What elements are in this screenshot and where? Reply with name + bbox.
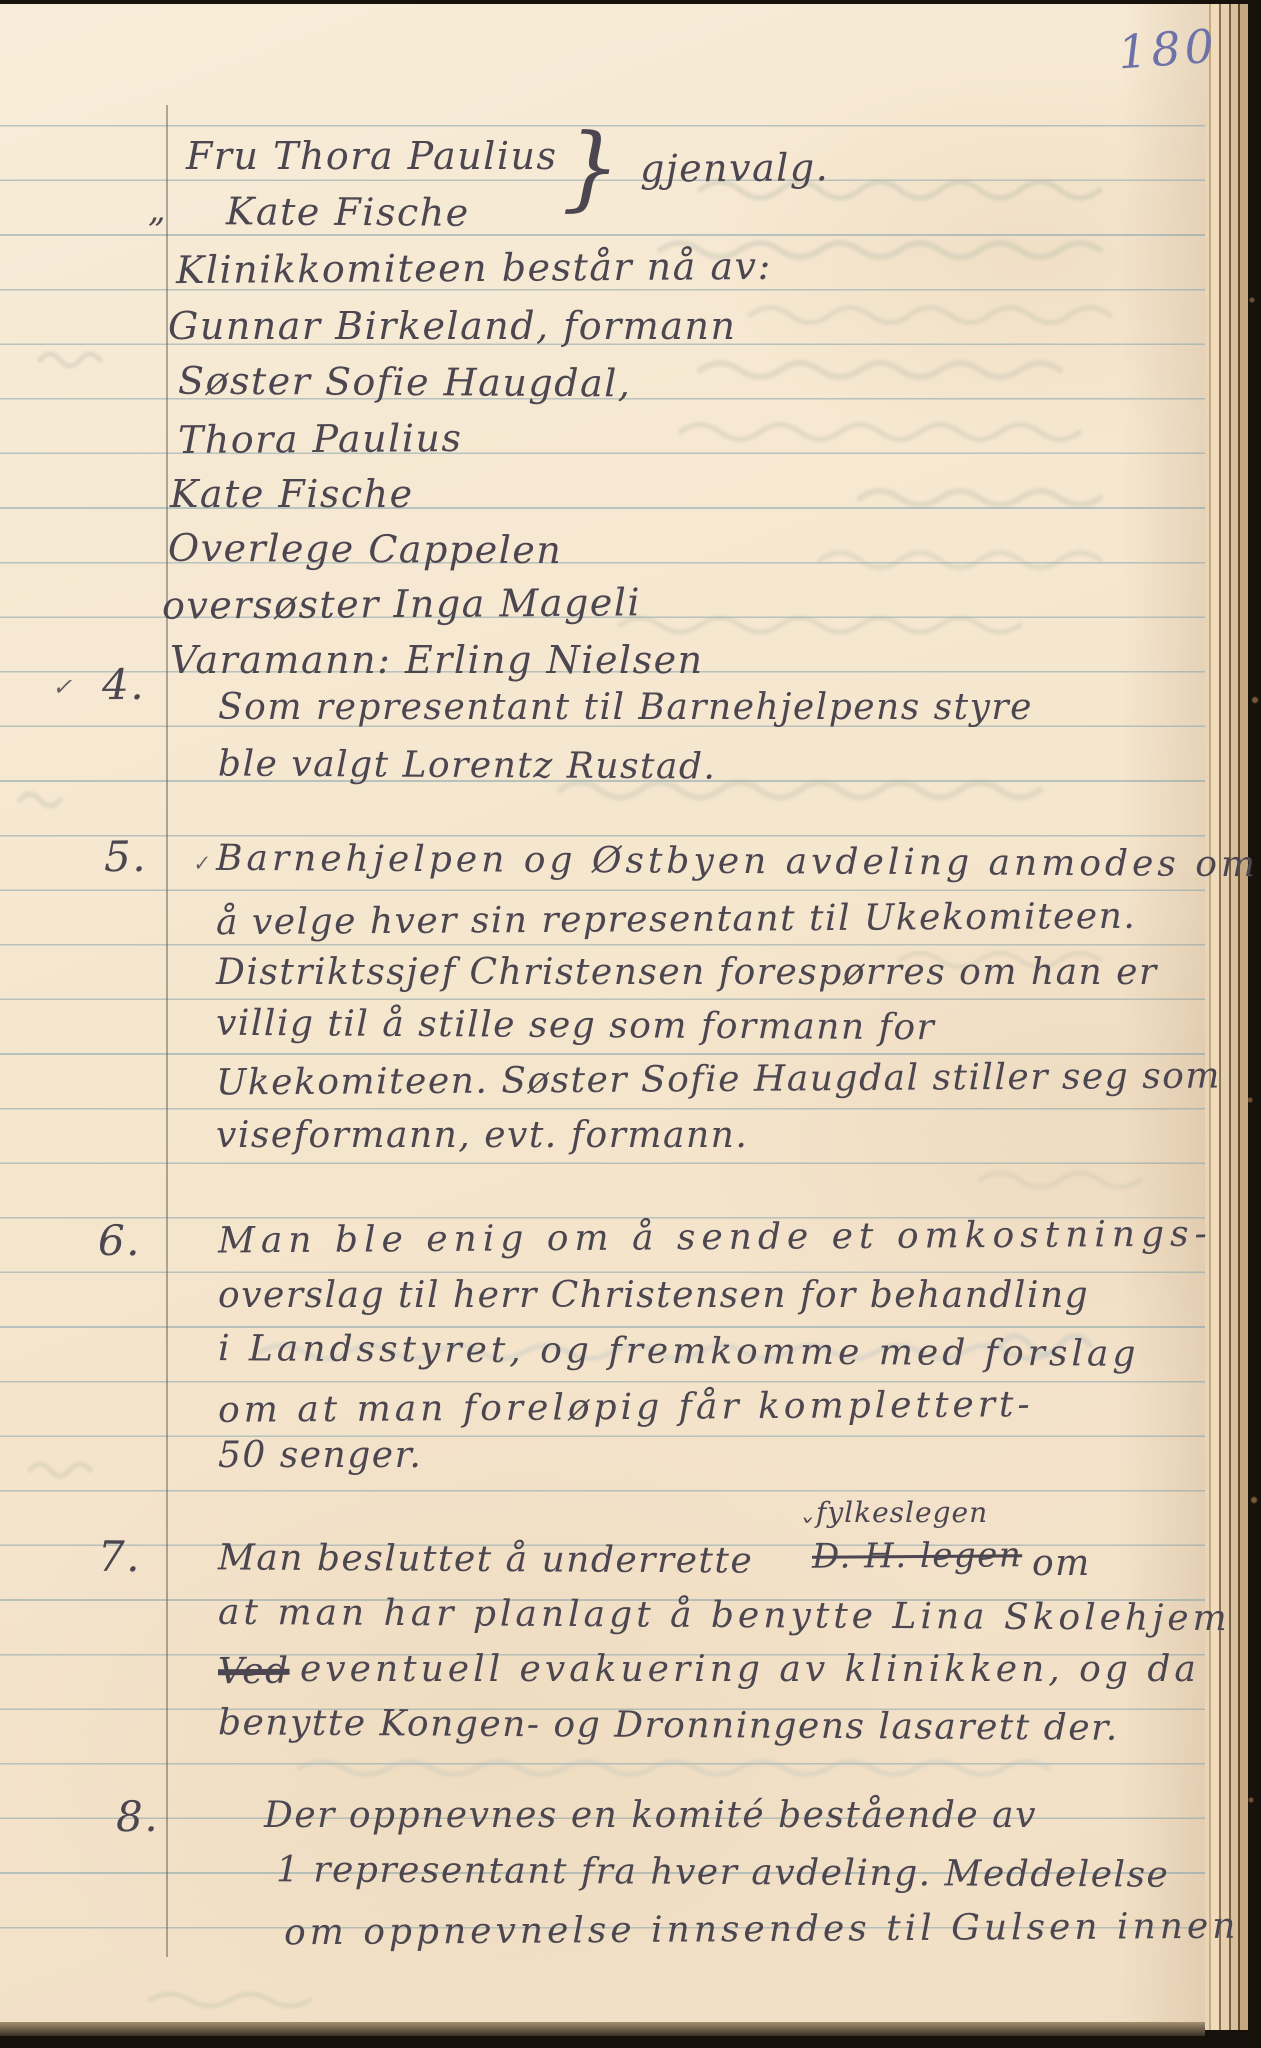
handwritten-line: Barnehjelpen og Østbyen avdeling anmodes… <box>216 839 1259 885</box>
handwritten-line: Man besluttet å underrette <box>218 1538 753 1581</box>
handwritten-line: Fru Thora Paulius <box>186 136 557 178</box>
page-number: 180 <box>1116 19 1219 80</box>
inserted-word: fylkeslegen <box>816 1498 988 1529</box>
handwritten-line: oversøster Inga Mageli <box>162 582 641 627</box>
handwritten-line: Gunnar Birkeland, formann <box>168 306 736 348</box>
scanned-protocol-page: 180 Fru Thora Paulius } gjenvalg. „ Kate… <box>0 0 1261 2048</box>
handwritten-line: Overlege Cappelen <box>168 528 563 572</box>
struck-text: D. H. legen <box>812 1537 1022 1576</box>
handwritten-line: i Landsstyret, og fremkomme med forslag <box>218 1329 1140 1374</box>
page-edges <box>1205 4 1248 2030</box>
handwritten-line: Man ble enig om å sende et omkostnings- <box>218 1215 1213 1262</box>
handwritten-line: 1 representant fra hver avdeling. Meddel… <box>276 1850 1170 1895</box>
handwritten-line: Ukekomiteen. Søster Sofie Haugdal stille… <box>216 1056 1221 1103</box>
handwritten-line: om oppnevnelse innsendes til Gulsen inne… <box>284 1907 1240 1953</box>
handwritten-line: Kate Fische <box>226 191 470 234</box>
insertion-caret-icon: ˇ <box>798 1516 813 1547</box>
ditto-mark: „ <box>148 192 167 229</box>
handwritten-line: om <box>1032 1544 1091 1584</box>
checkmark-icon: ✓ <box>191 851 212 875</box>
handwritten-line: viseformann, evt. formann. <box>216 1116 748 1156</box>
handwritten-line: gjenvalg. <box>640 147 830 190</box>
handwritten-line: Distriktssjef Christensen forespørres om… <box>216 953 1158 993</box>
handwritten-line: ble valgt Lorentz Rustad. <box>218 744 717 787</box>
handwritten-line: at man har planlagt å benytte Lina Skole… <box>218 1593 1231 1639</box>
item-number: 6. <box>98 1218 141 1264</box>
checkmark-icon: ✓ <box>52 674 74 701</box>
item-number: 5. <box>104 834 147 880</box>
handwritten-line: villig til å stille seg som formann for <box>216 1004 936 1048</box>
book-edge-shadow <box>0 2022 1205 2036</box>
handwritten-line: Kate Fische <box>170 474 414 516</box>
item-number: 8. <box>116 1794 159 1840</box>
item-number: 7. <box>98 1534 141 1580</box>
handwritten-line: Der oppnevnes en komité bestående av <box>264 1796 1037 1836</box>
handwritten-line: 50 senger. <box>218 1436 422 1476</box>
handwritten-line: eventuell evakuering av klinikken, og da <box>300 1650 1200 1690</box>
handwritten-line: Thora Paulius <box>178 418 463 462</box>
struck-text: Ved <box>218 1652 290 1692</box>
handwritten-line: Varamann: Erling Nielsen <box>170 640 704 682</box>
handwritten-line: overslag til herr Christensen for behand… <box>218 1276 1089 1316</box>
handwritten-line: å velge hver sin representant til Ukekom… <box>216 897 1137 943</box>
handwritten-line: benytte Kongen- og Dronningens lasarett … <box>218 1703 1119 1748</box>
margin-line <box>166 105 168 1957</box>
handwritten-line: om at man foreløpig får komplettert- <box>218 1385 1034 1430</box>
handwritten-line: Søster Sofie Haugdal, <box>178 361 632 406</box>
item-number: 4. <box>102 662 145 708</box>
handwritten-line: Klinikkomiteen består nå av: <box>176 246 772 292</box>
curly-brace: } <box>562 122 621 214</box>
handwritten-line: Som representant til Barnehjelpens styre <box>218 688 1033 728</box>
